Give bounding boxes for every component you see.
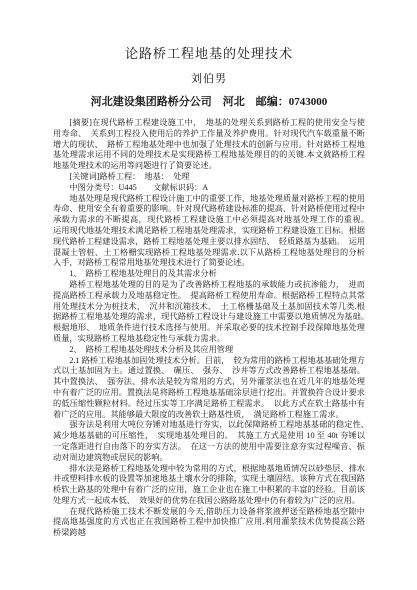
- section-heading: 1、 路桥工程地基处理目的及其需求分析: [53, 269, 365, 280]
- body-paragraph: 在现代路桥施工技术不断发展的今天,借助压力设备将浆液押送至路桥地基空隙中提高地基…: [53, 507, 365, 539]
- article-abstract: [摘要]在现代路桥工程建设施工中， 地基的处理关系到路桥工程的使用安全与使用寿命…: [53, 118, 365, 172]
- document-page: 论路桥工程地基的处理技术 刘伯男 河北建设集团路桥分公司 河北 邮编：07430…: [0, 0, 417, 590]
- body-paragraph: 路桥工程地基处理的目的是为了改善路桥工程地基的承载能力或抗渗能力， 进而提高路桥…: [53, 280, 365, 345]
- page-content: 论路桥工程地基的处理技术 刘伯男 河北建设集团路桥分公司 河北 邮编：07430…: [0, 0, 417, 539]
- article-author: 刘伯男: [53, 72, 365, 86]
- body-paragraph: 地基处理是现代路桥工程设计施工中的重要工作，地基处理质量对路桥工程的使用寿命、使…: [53, 194, 365, 270]
- article-affiliation: 河北建设集团路桥分公司 河北 邮编：0743000: [53, 95, 365, 109]
- article-body: 地基处理是现代路桥工程设计施工中的重要工作，地基处理质量对路桥工程的使用寿命、使…: [53, 194, 365, 540]
- section-heading: 2、 路桥工程地基处理技术分析及其应用管理: [53, 345, 365, 356]
- article-title: 论路桥工程地基的处理技术: [53, 46, 365, 62]
- article-classification: 中图分类号：U445 文献标识码：A: [53, 183, 365, 194]
- body-paragraph: 强夯法是利用大吨位夯锤对地基进行夯实，以此保障路桥工程地基基础的稳定性、 减少地…: [53, 420, 365, 463]
- body-paragraph: 排水法是路桥工程地基处理中较为常用的方式，根据地基地质情况以砂垫层、排水井或塑料…: [53, 464, 365, 507]
- body-paragraph: 2.1 路桥工程地基加固处理技术分析。目前， 较为常用的路桥工程地基基础处理方式…: [53, 356, 365, 421]
- article-keywords: [关键词]路桥工程： 地基： 处理: [53, 172, 365, 183]
